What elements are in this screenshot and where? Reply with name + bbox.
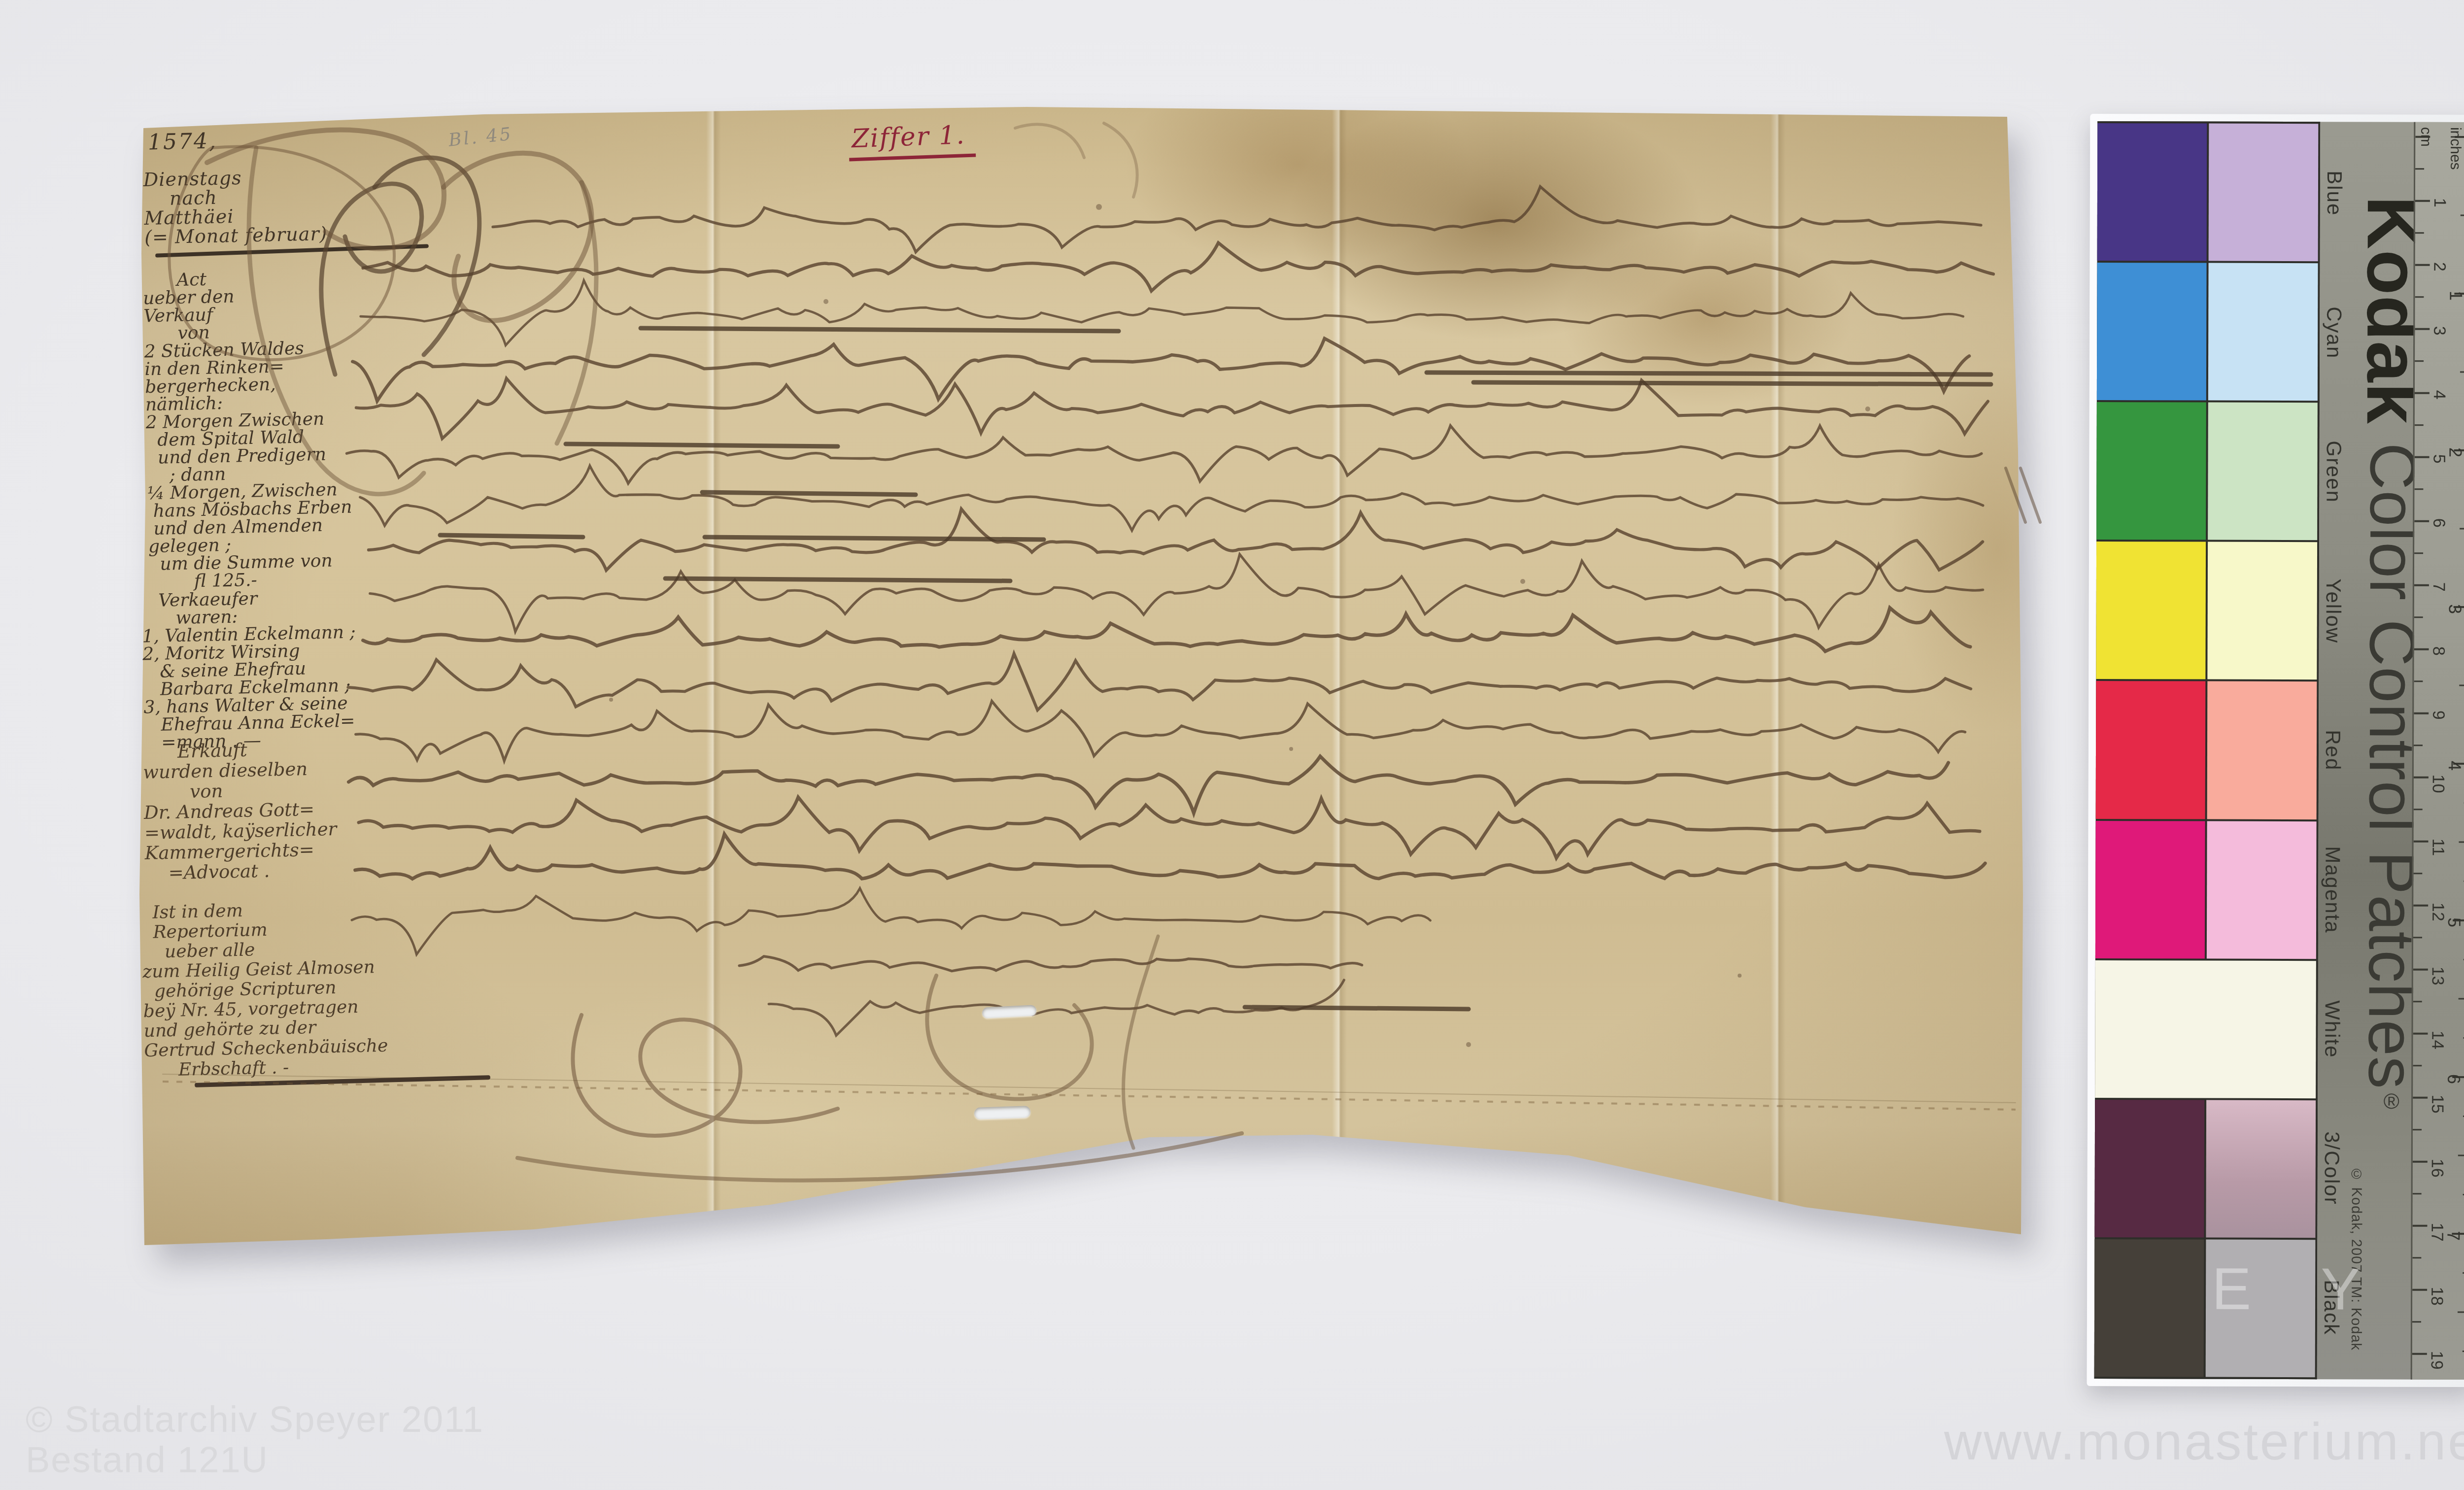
patch-label-3-color: 3/Color bbox=[2321, 1099, 2342, 1238]
patch-dark bbox=[2097, 263, 2207, 401]
fold-crease-vertical bbox=[1771, 106, 1785, 1264]
patch-row-magenta bbox=[2095, 821, 2317, 959]
ruler-inch-number: 2 bbox=[2445, 447, 2464, 457]
ruler-inch-number: 3 bbox=[2445, 604, 2464, 614]
patch-label-red: Red bbox=[2323, 681, 2344, 820]
kodak-color-control-strip: Kodak Color Control Patches® © Kodak, 20… bbox=[2087, 114, 2464, 1387]
patch-dark bbox=[2096, 542, 2206, 679]
ruler: cm inches 123456789101112131415161718191… bbox=[2411, 122, 2464, 1380]
registered-mark: ® bbox=[2379, 1089, 2403, 1114]
ruler-cm-number: 3 bbox=[2430, 326, 2449, 336]
patch-label-blue: Blue bbox=[2324, 124, 2345, 263]
patch-light bbox=[2208, 263, 2318, 401]
patch-dark bbox=[2096, 402, 2206, 540]
ruler-cm-number: 8 bbox=[2429, 646, 2448, 656]
archival-scan-page: 1574, Dienstags nach Matthäei (= Monat f… bbox=[0, 0, 2464, 1490]
margin-note-year: 1574, bbox=[147, 129, 217, 155]
color-patch-grid bbox=[2094, 121, 2321, 1379]
patch-light bbox=[2207, 681, 2317, 819]
patch-label-white: White bbox=[2322, 959, 2343, 1099]
parchment-charter bbox=[139, 106, 2026, 1264]
ruler-cm-number: 19 bbox=[2427, 1351, 2446, 1370]
ruler-cm-number: 4 bbox=[2430, 390, 2449, 400]
ruler-cm-number: 15 bbox=[2428, 1095, 2447, 1114]
ruler-cm-number: 13 bbox=[2428, 967, 2447, 985]
patch-light bbox=[2207, 542, 2317, 680]
ruler-inch-number: 5 bbox=[2444, 917, 2464, 927]
watermark-monasterium: www.monasterium.net bbox=[1944, 1412, 2464, 1472]
ruler-cm-number: 18 bbox=[2427, 1287, 2446, 1306]
patch-light bbox=[2207, 821, 2317, 959]
patch-label-green: Green bbox=[2323, 403, 2344, 542]
watermark-copyright: © Stadtarchiv Speyer 2011 bbox=[26, 1398, 484, 1440]
patch-light bbox=[2208, 403, 2318, 541]
margin-note-repertorium: Ist in dem Repertorium ueber alle zum He… bbox=[141, 898, 388, 1081]
parchment-slit-hole bbox=[974, 1106, 1031, 1119]
ruler-inch-number: 6 bbox=[2443, 1074, 2464, 1084]
patch-light bbox=[2209, 124, 2319, 262]
ruler-ticks bbox=[2412, 122, 2464, 1380]
patch-row-cyan bbox=[2097, 263, 2318, 401]
ruler-unit-cm: cm bbox=[2418, 127, 2433, 147]
margin-note-date: Dienstags nach Matthäei (= Monat februar… bbox=[143, 167, 327, 247]
ruler-inch-number: 7 bbox=[2443, 1231, 2464, 1241]
patch-dark bbox=[2097, 123, 2207, 261]
red-heading-ziffer: Ziffer 1. bbox=[848, 120, 976, 162]
ruler-cm-number: 7 bbox=[2429, 582, 2448, 592]
patch-row-green bbox=[2096, 402, 2318, 540]
patch-row-blue bbox=[2097, 123, 2319, 261]
kodak-label-band: Kodak Color Control Patches® © Kodak, 20… bbox=[2317, 122, 2464, 1380]
ruler-cm-number: 1 bbox=[2430, 198, 2449, 207]
ruler-cm-number: 9 bbox=[2429, 711, 2448, 720]
ruler-cm-number: 10 bbox=[2429, 775, 2448, 793]
patch-row-yellow bbox=[2096, 542, 2317, 679]
ruler-inch-number: 4 bbox=[2444, 761, 2464, 771]
patch-row-white bbox=[2095, 960, 2316, 1098]
patch-row-red bbox=[2096, 681, 2317, 819]
patch-label-magenta: Magenta bbox=[2322, 820, 2343, 960]
ruler-cm-number: 11 bbox=[2428, 839, 2447, 856]
patch-dark bbox=[2095, 821, 2205, 959]
patch-dark bbox=[2094, 1100, 2204, 1238]
ruler-inch-number: 1 bbox=[2445, 291, 2464, 301]
margin-note-buyers: Erkauft wurden dieselben von Dr. Andreas… bbox=[142, 738, 338, 883]
kodak-strip-inner: Kodak Color Control Patches® © Kodak, 20… bbox=[2094, 121, 2464, 1380]
ruler-cm-number: 16 bbox=[2428, 1159, 2447, 1178]
margin-note-sellers: Verkaeufer waren: 1, Valentin Eckelmann … bbox=[141, 588, 358, 752]
patch-label-yellow: Yellow bbox=[2323, 542, 2344, 681]
watermark-bestand: Bestand 121U bbox=[26, 1439, 269, 1481]
patch-row-3-color bbox=[2094, 1100, 2316, 1238]
ruler-cm-number: 6 bbox=[2429, 518, 2448, 528]
patch-dark bbox=[2096, 681, 2206, 819]
ruler-cm-number: 2 bbox=[2430, 262, 2449, 271]
patch-label-cyan: Cyan bbox=[2324, 263, 2345, 403]
fold-crease-vertical bbox=[706, 106, 721, 1264]
patch-light bbox=[2206, 1100, 2316, 1238]
faint-watermark-letters: E Y bbox=[2212, 1255, 2388, 1323]
fold-crease-vertical bbox=[1332, 106, 1347, 1264]
ruler-unit-inches: inches bbox=[2448, 127, 2463, 170]
patch-full bbox=[2095, 960, 2316, 1098]
margin-note-act: Act ueber den Verkauf von 2 Stücken Wald… bbox=[142, 268, 353, 592]
patch-dark bbox=[2094, 1239, 2204, 1377]
ruler-cm-number: 14 bbox=[2428, 1031, 2447, 1050]
